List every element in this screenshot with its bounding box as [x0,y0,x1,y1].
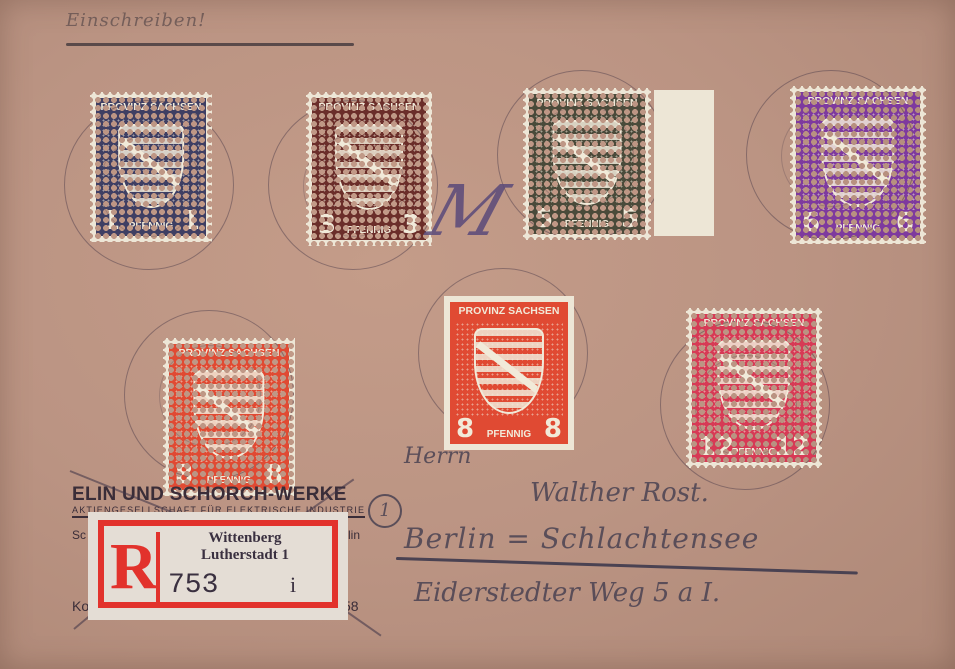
stamp-3-pfennig: PROVINZ SACHSEN 3 PFENNIG 3 [306,92,432,246]
circled-mark: 1 [368,494,402,528]
recipient-street: Eiderstedter Weg 5 a I. [414,578,720,608]
registration-label: R Wittenberg Lutherstadt 1 753 i [88,512,348,620]
stamp-value-right: 6 [896,210,914,236]
stamp-title: PROVINZ SACHSEN [529,97,645,109]
stamp-title: PROVINZ SACHSEN [796,95,920,107]
stamp-8-pfennig-perforated: PROVINZ SACHSEN 8 PFENNIG 8 [163,338,295,496]
stamp-title: PROVINZ SACHSEN [692,317,816,329]
stamp-title: PROVINZ SACHSEN [450,305,568,317]
registration-letter: R [110,532,160,602]
stamp-1-pfennig: PROVINZ SACHSEN 1 PFENNIG 1 [90,92,212,242]
stamp-value-right: 1 [182,208,200,234]
stamp-value-right: 5 [621,206,639,232]
stamp-value-right: 12 [774,434,810,460]
stamp-face: PROVINZ SACHSEN 5 PFENNIG 5 [529,94,645,234]
sender-bottom-left: Ko [72,598,89,614]
sheet-margin-selvage [654,90,714,236]
stamp-face: PROVINZ SACHSEN 8 PFENNIG 8 [450,302,568,444]
recipient-city-underline [396,557,858,575]
recipient-salutation: Herrn [404,444,471,469]
stamp-6-pfennig: PROVINZ SACHSEN 6 PFENNIG 6 [790,86,926,244]
registration-suffix: i [290,572,296,598]
stamp-face: PROVINZ SACHSEN 3 PFENNIG 3 [312,98,426,240]
sender-line-left: Sc [72,528,86,542]
stamp-title: PROVINZ SACHSEN [312,101,426,113]
stamp-value-right: 3 [402,212,420,238]
registration-office: Wittenberg Lutherstadt 1 [162,530,328,564]
stamp-12-pfennig: PROVINZ SACHSEN 12 PFENNIG 12 [686,308,822,468]
stamp-value-right: 8 [544,416,562,442]
recipient-city: Berlin = Schlachtensee [404,522,759,555]
stamp-face: PROVINZ SACHSEN 1 PFENNIG 1 [96,98,206,236]
handwritten-registered-note: Einschreiben! [66,10,206,31]
stamp-8-pfennig-imperforate: PROVINZ SACHSEN 8 PFENNIG 8 [444,296,574,450]
registration-city: Wittenberg [162,530,328,547]
stamp-title: PROVINZ SACHSEN [96,101,206,113]
registration-number: 753 [168,570,218,601]
stamp-face: PROVINZ SACHSEN 12 PFENNIG 12 [692,314,816,462]
handwritten-underline [66,43,354,46]
stamp-face: PROVINZ SACHSEN 6 PFENNIG 6 [796,92,920,238]
stamp-title: PROVINZ SACHSEN [169,347,289,359]
stamp-face: PROVINZ SACHSEN 8 PFENNIG 8 [169,344,289,490]
envelope: Einschreiben! PROVINZ SACHSEN 1 PFENNIG … [0,0,955,669]
registration-label-frame: R Wittenberg Lutherstadt 1 753 i [98,520,338,608]
stamp-5-pfennig: PROVINZ SACHSEN 5 PFENNIG 5 [523,88,651,240]
recipient-name: Walther Rost. [530,478,709,508]
registration-office-name: Lutherstadt 1 [162,547,328,564]
